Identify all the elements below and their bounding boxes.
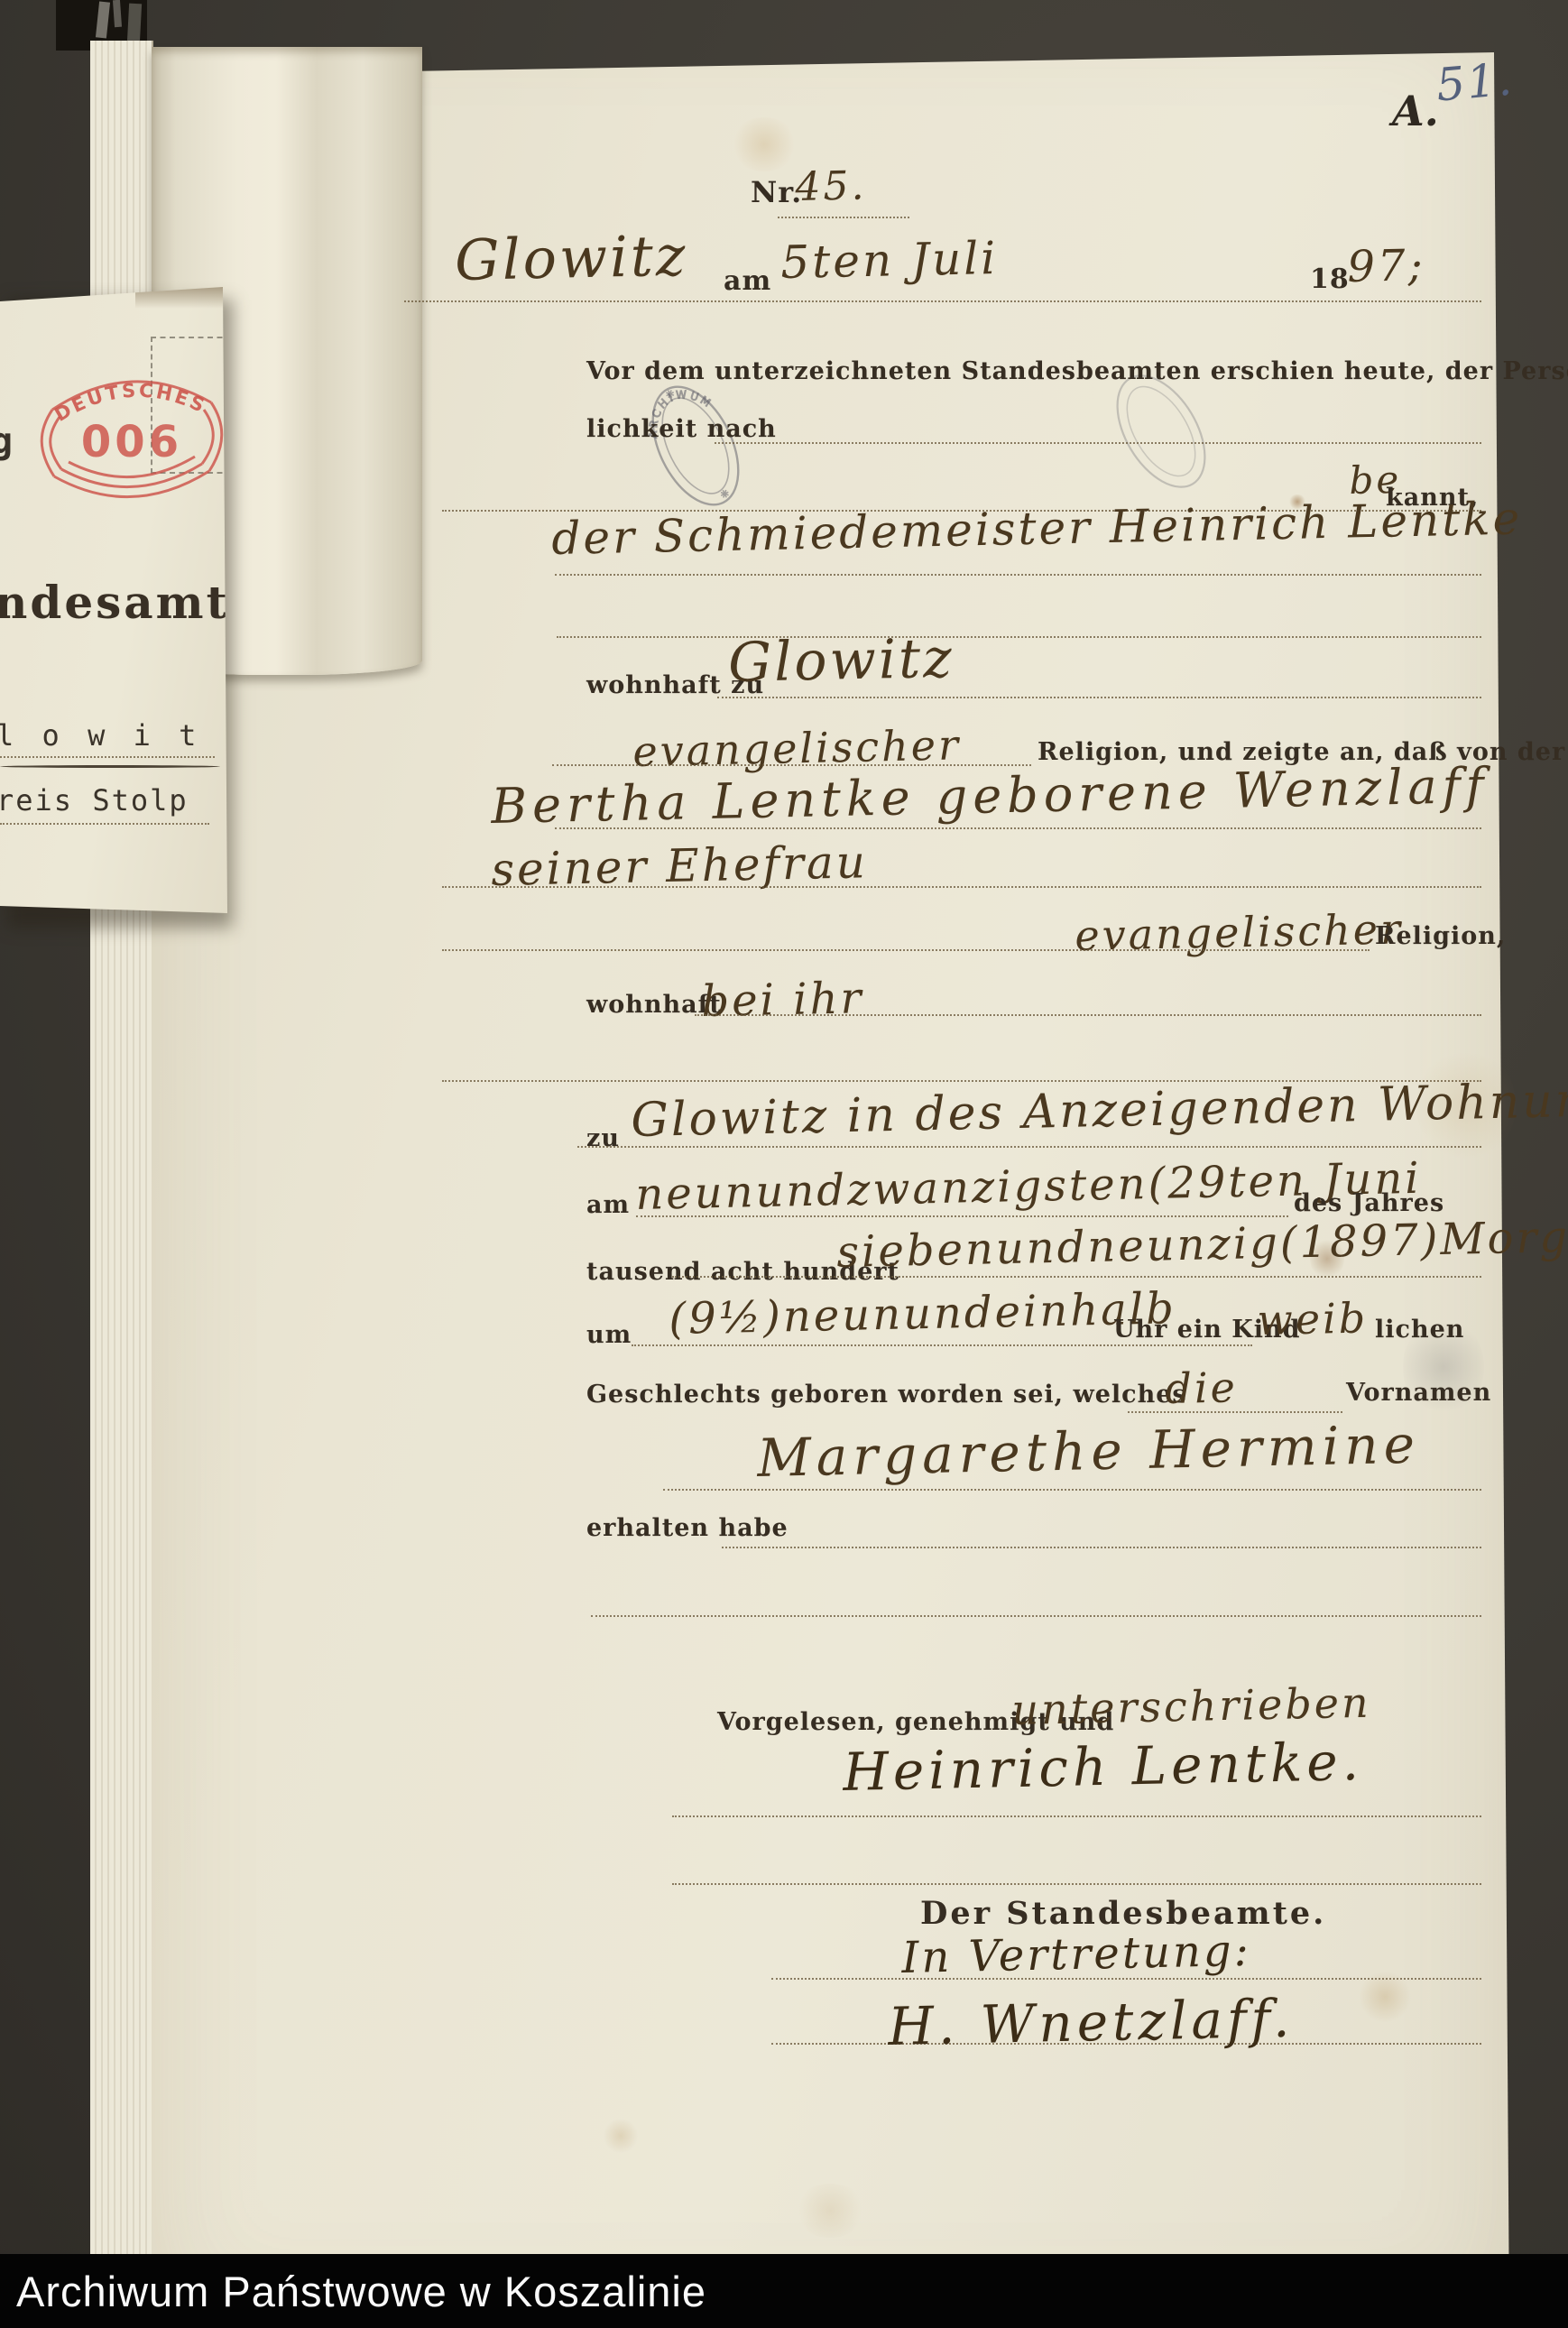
dotted-rule [672, 1276, 1481, 1278]
am-label: am [724, 265, 771, 297]
place-name: Glowitz [454, 223, 688, 293]
dotted-rule [555, 574, 1481, 576]
intro-line-2: lichkeit nach [586, 415, 777, 443]
partial-typed-letter: g [0, 420, 13, 462]
glowitz-typed-fragment: l o w i t z [0, 718, 247, 753]
dotted-rule [555, 827, 1481, 829]
die-script: die [1165, 1363, 1239, 1413]
meter-stamp: DEUTSCHES REI 006 [32, 352, 231, 523]
archive-watermark-bar: Archiwum Państwowe w Koszalinie [0, 2254, 1568, 2328]
geschlecht-line: Geschlechts geboren worden sei, welches [586, 1381, 1187, 1409]
dotted-rule [0, 823, 209, 825]
am2-label: am [586, 1191, 630, 1219]
record-number: 45. [795, 162, 867, 210]
erhalten-label: erhalten habe [586, 1514, 789, 1542]
dotted-rule [636, 1215, 1288, 1217]
standesamt-fragment: ndesamt [0, 576, 230, 629]
dotted-rule [0, 756, 215, 758]
oval-archive-stamp: ARCHIWUM ✳ ✳ [637, 368, 754, 523]
dotted-rule [672, 1883, 1481, 1885]
vornamen-label: Vornamen [1346, 1379, 1491, 1407]
kreis-stolp-fragment: reis Stolp [0, 783, 189, 818]
residence: Glowitz [728, 627, 955, 695]
lichen-label: lichen [1375, 1316, 1464, 1344]
dotted-rule [591, 1615, 1481, 1617]
religion2-label: Religion, [1375, 922, 1506, 950]
year-script: 97; [1347, 240, 1425, 292]
dotted-rule [717, 697, 1481, 698]
pencil-page-number: 51. [1434, 52, 1516, 111]
deputy-note: In Vertretung: [901, 1926, 1251, 1983]
dotted-rule [442, 949, 1370, 951]
religion-father: evangelischer [632, 720, 962, 776]
des-jahres-label: des Jahres [1294, 1189, 1444, 1217]
dotted-rule [663, 1489, 1481, 1491]
dotted-rule [695, 1014, 1481, 1016]
signature-declarant: Heinrich Lentke. [843, 1731, 1364, 1803]
zu-label: zu [586, 1124, 620, 1152]
dotted-rule [715, 442, 1481, 444]
registrar-label: Der Standesbeamte. [920, 1895, 1326, 1932]
dotted-rule [552, 764, 1031, 766]
dotted-rule [557, 636, 1481, 638]
signature-registrar: H. Wnetzlaff. [888, 1988, 1295, 2057]
closing-script: unterschrieben [1011, 1678, 1371, 1734]
intro-line-1: Vor dem unterzeichneten Standesbeamten e… [586, 357, 1568, 385]
dotted-rule [577, 1146, 1481, 1148]
wohnhaft-value: bei ihr [701, 973, 864, 1027]
record-date: 5ten Juli [780, 232, 999, 289]
dotted-rule [442, 886, 1481, 888]
year-print: 18 [1310, 263, 1350, 295]
dotted-rule [632, 1344, 1252, 1346]
section-letter: A. [1392, 87, 1439, 135]
dotted-rule [404, 300, 1481, 302]
scanned-register-page: 51. A. ARCHIWUM ✳ ✳ Nr. 45. Glowitz am 5… [0, 0, 1568, 2328]
um-label: um [586, 1321, 632, 1349]
svg-text:DEUTSCHES REI: DEUTSCHES REI [32, 352, 210, 426]
dotted-rule [672, 1815, 1481, 1817]
solid-rule [0, 765, 220, 768]
meter-stamp-value: 006 [81, 417, 182, 467]
dotted-rule [1128, 1411, 1342, 1413]
archive-name: Archiwum Państwowe w Koszalinie [16, 2267, 706, 2316]
meter-stamp-country: DEUTSCHES REI [32, 352, 210, 426]
dotted-rule [778, 217, 909, 218]
birth-time: (9½)neunundeinhalb [669, 1283, 1177, 1344]
religion-mother: evangelischer [1075, 904, 1404, 960]
dotted-rule [722, 1547, 1481, 1548]
attached-registry-slip: DEUTSCHES REI 006 g ndesamt l o w i t z … [0, 287, 227, 922]
gender-script: weib [1257, 1293, 1369, 1344]
